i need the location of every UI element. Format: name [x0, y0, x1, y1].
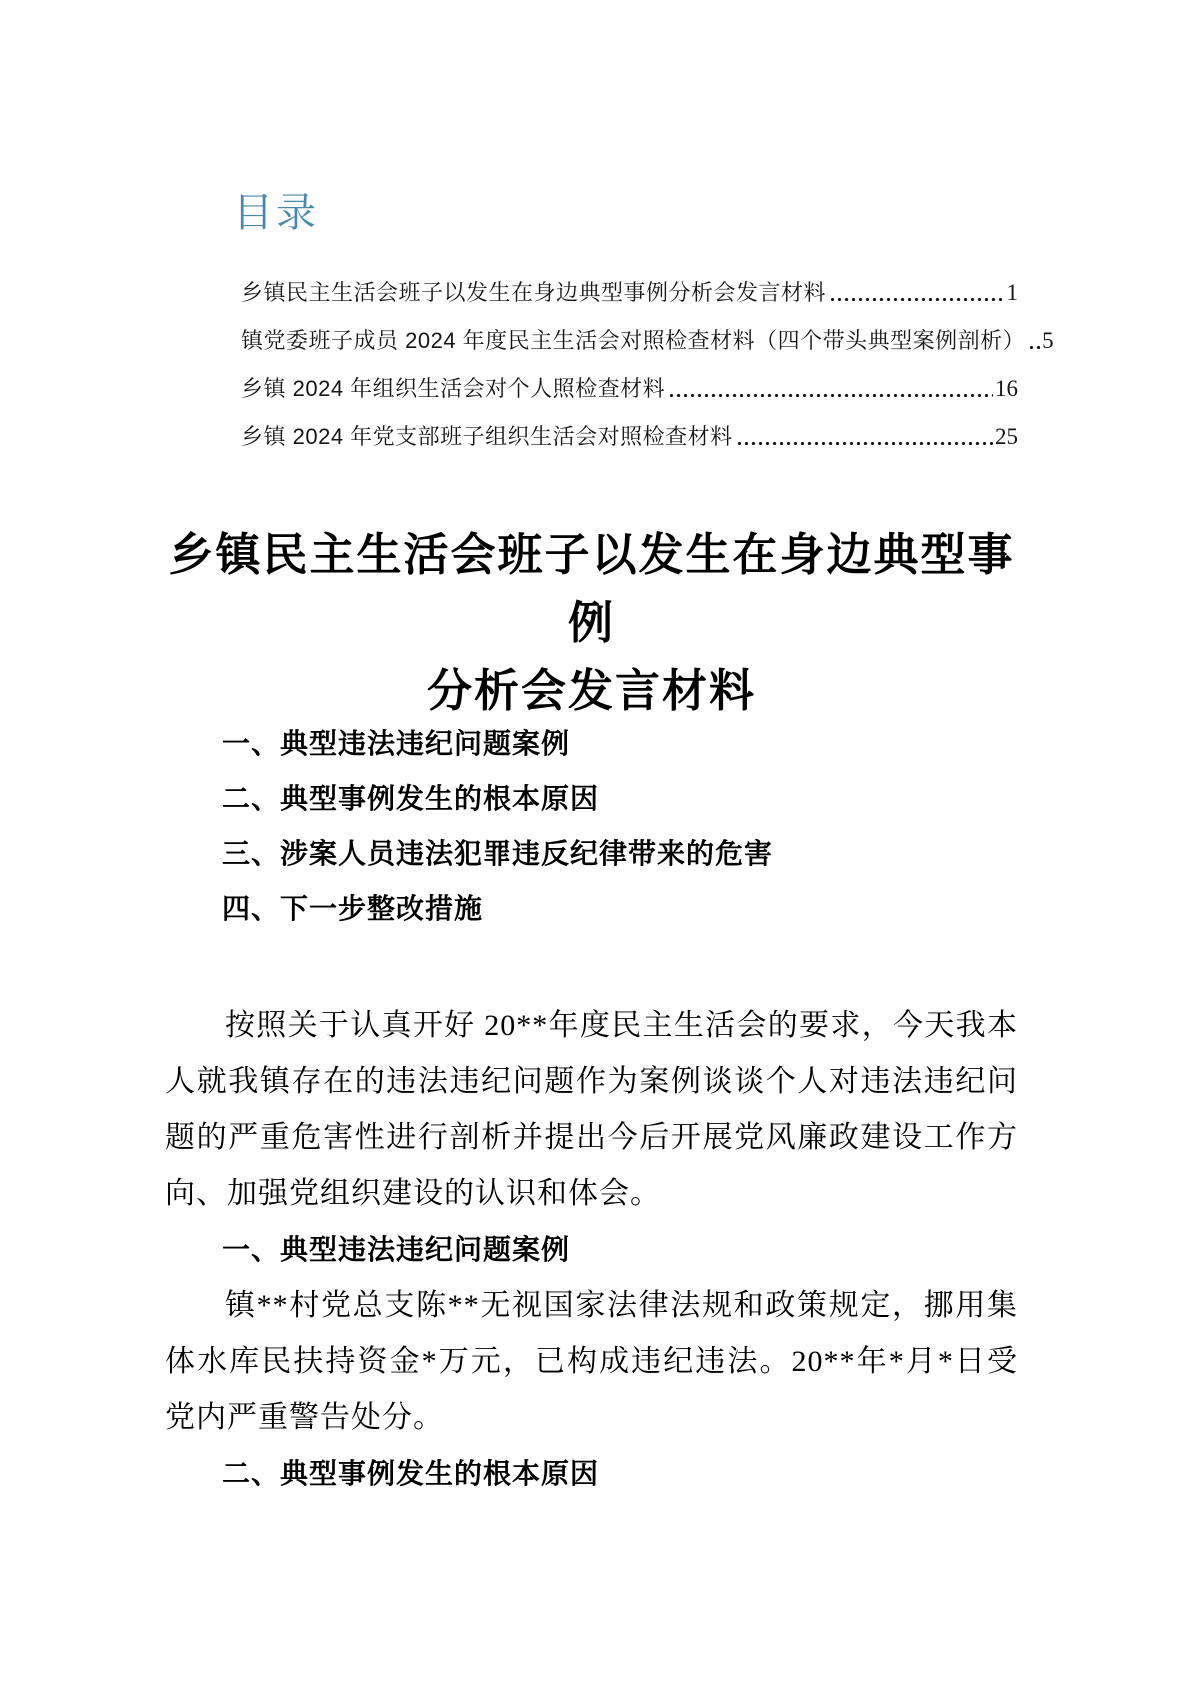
dot-leader [736, 441, 993, 446]
body-paragraph-1: 按照关于认真开好 20**年度民主生活会的要求，今天我本人就我镇存在的违法违纪问… [165, 998, 1018, 1222]
outline-list: 一、典型违法违纪问题案例 二、典型事例发生的根本原因 三、涉案人员违法犯罪违反纪… [165, 716, 1018, 936]
toc-entry-page-number: 25 [995, 420, 1018, 454]
toc-entry-title: 乡镇民主生活会班子以发生在身边典型事例分析会发言材料 [241, 276, 826, 310]
document-title: 乡镇民主生活会班子以发生在身边典型事例 分析会发言材料 [165, 521, 1018, 725]
toc-entry-3[interactable]: 乡镇 2024 年组织生活会对个人照检查材料 16 [241, 358, 1018, 406]
toc-entry-2[interactable]: 镇党委班子成员 2024 年度民主生活会对照检查材料（四个带头典型案例剖析） 5 [241, 310, 1018, 358]
toc-entry-list: 乡镇民主生活会班子以发生在身边典型事例分析会发言材料 1 镇党委班子成员 202… [233, 262, 1018, 454]
outline-item-2: 二、典型事例发生的根本原因 [222, 771, 1018, 826]
toc-heading: 目录 [233, 190, 1018, 236]
outline-item-3: 三、涉案人员违法犯罪违反纪律带来的危害 [222, 826, 1018, 881]
dot-leader [829, 297, 1004, 302]
outline-item-1: 一、典型违法违纪问题案例 [222, 716, 1018, 771]
document-page: 目录 乡镇民主生活会班子以发生在身边典型事例分析会发言材料 1 镇党委班子成员 … [0, 0, 1190, 1683]
toc-entry-title: 乡镇 2024 年组织生活会对个人照检查材料 [241, 372, 665, 406]
toc-entry-page-number: 5 [1042, 324, 1054, 358]
toc-entry-title: 镇党委班子成员 2024 年度民主生活会对照检查材料（四个带头典型案例剖析） [241, 324, 1025, 358]
toc-entry-page-number: 16 [995, 372, 1018, 406]
section-heading-1: 一、典型违法违纪问题案例 [165, 1222, 1018, 1278]
toc-entry-title: 乡镇 2024 年党支部班子组织生活会对照检查材料 [241, 420, 733, 454]
outline-item-4: 四、下一步整改措施 [222, 881, 1018, 936]
toc-entry-1[interactable]: 乡镇民主生活会班子以发生在身边典型事例分析会发言材料 1 [241, 262, 1018, 310]
toc-entry-4[interactable]: 乡镇 2024 年党支部班子组织生活会对照检查材料 25 [241, 406, 1018, 454]
body-paragraph-2: 镇**村党总支陈**无视国家法律法规和政策规定，挪用集体水库民扶持资金*万元，已… [165, 1278, 1018, 1446]
toc-entry-page-number: 1 [1007, 276, 1019, 310]
table-of-contents: 目录 乡镇民主生活会班子以发生在身边典型事例分析会发言材料 1 镇党委班子成员 … [233, 190, 1018, 454]
dot-leader [668, 393, 993, 398]
document-body: 按照关于认真开好 20**年度民主生活会的要求，今天我本人就我镇存在的违法违纪问… [165, 998, 1018, 1502]
section-heading-2: 二、典型事例发生的根本原因 [165, 1446, 1018, 1502]
dot-leader [1028, 345, 1040, 350]
document-title-line-1: 乡镇民主生活会班子以发生在身边典型事例 [165, 521, 1018, 657]
document-title-line-2: 分析会发言材料 [165, 657, 1018, 725]
